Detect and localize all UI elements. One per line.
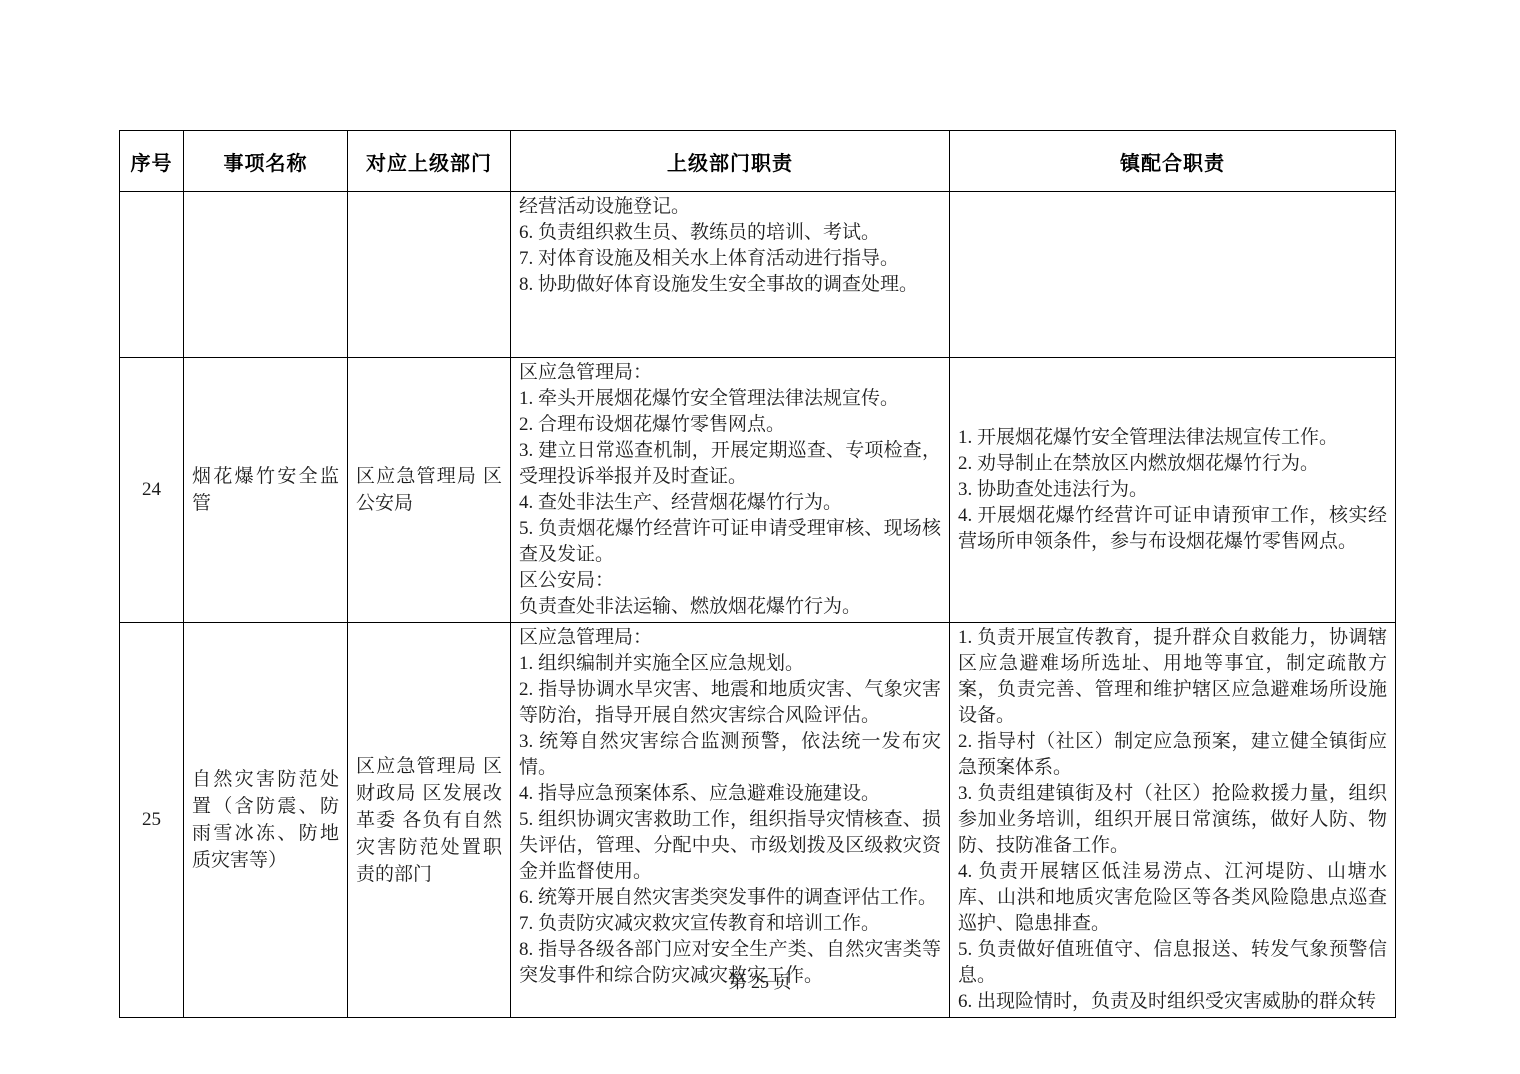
cell-item-name	[184, 192, 348, 358]
cell-town-duties: 1. 负责开展宣传教育，提升群众自救能力，协调辖区应急避难场所选址、用地等事宜，…	[950, 623, 1396, 1018]
header-superior-department: 对应上级部门	[348, 131, 511, 192]
duty-paragraph: 5. 负责烟花爆竹经营许可证申请受理审核、现场核查及发证。	[519, 516, 941, 568]
document-page: 序号 事项名称 对应上级部门 上级部门职责 镇配合职责 经营活动设施登记。6. …	[0, 0, 1520, 1074]
cell-seq: 25	[120, 623, 184, 1018]
cell-superior-duties: 区应急管理局：1. 组织编制并实施全区应急规划。2. 指导协调水旱灾害、地震和地…	[511, 623, 950, 1018]
cell-town-duties: 1. 开展烟花爆竹安全管理法律法规宣传工作。2. 劝导制止在禁放区内燃放烟花爆竹…	[950, 358, 1396, 623]
header-item-name: 事项名称	[184, 131, 348, 192]
duty-paragraph: 1. 组织编制并实施全区应急规划。	[519, 651, 941, 677]
header-town-duties: 镇配合职责	[950, 131, 1396, 192]
duty-paragraph: 8. 协助做好体育设施发生安全事故的调查处理。	[519, 272, 941, 298]
duty-paragraph: 区应急管理局：	[519, 360, 941, 386]
duty-paragraph: 区公安局：	[519, 568, 941, 594]
header-superior-duties: 上级部门职责	[511, 131, 950, 192]
duty-paragraph: 经营活动设施登记。	[519, 194, 941, 220]
duty-paragraph: 区应急管理局：	[519, 625, 941, 651]
duty-paragraph: 5. 组织协调灾害救助工作，组织指导灾情核查、损失评估，管理、分配中央、市级划拨…	[519, 807, 941, 885]
duty-paragraph: 4. 查处非法生产、经营烟花爆竹行为。	[519, 490, 941, 516]
table-row-24: 24 烟花爆竹安全监管 区应急管理局 区公安局 区应急管理局：1. 牵头开展烟花…	[120, 358, 1396, 623]
cell-superior-duties: 区应急管理局：1. 牵头开展烟花爆竹安全管理法律法规宣传。2. 合理布设烟花爆竹…	[511, 358, 950, 623]
duty-paragraph: 7. 负责防灾减灾救灾宣传教育和培训工作。	[519, 911, 941, 937]
cell-town-duties	[950, 192, 1396, 358]
duty-paragraph: 1. 负责开展宣传教育，提升群众自救能力，协调辖区应急避难场所选址、用地等事宜，…	[958, 625, 1387, 729]
cell-superior-duties: 经营活动设施登记。6. 负责组织救生员、教练员的培训、考试。7. 对体育设施及相…	[511, 192, 950, 358]
duty-paragraph: 2. 指导协调水旱灾害、地震和地质灾害、气象灾害等防治，指导开展自然灾害综合风险…	[519, 677, 941, 729]
cell-item-name: 自然灾害防范处置（含防震、防雨雪冰冻、防地质灾害等）	[184, 623, 348, 1018]
duty-paragraph: 4. 负责开展辖区低洼易涝点、江河堤防、山塘水库、山洪和地质灾害危险区等各类风险…	[958, 859, 1387, 937]
duty-paragraph: 7. 对体育设施及相关水上体育活动进行指导。	[519, 246, 941, 272]
duty-paragraph: 4. 指导应急预案体系、应急避难设施建设。	[519, 781, 941, 807]
duty-paragraph: 3. 负责组建镇街及村（社区）抢险救援力量，组织参加业务培训，组织开展日常演练，…	[958, 781, 1387, 859]
duty-paragraph: 6. 负责组织救生员、教练员的培训、考试。	[519, 220, 941, 246]
duty-paragraph: 4. 开展烟花爆竹经营许可证申请预审工作，核实经营场所申领条件，参与布设烟花爆竹…	[958, 503, 1387, 555]
duty-paragraph: 2. 劝导制止在禁放区内燃放烟花爆竹行为。	[958, 451, 1387, 477]
cell-departments: 区应急管理局 区公安局	[348, 358, 511, 623]
table-row-25: 25 自然灾害防范处置（含防震、防雨雪冰冻、防地质灾害等） 区应急管理局 区财政…	[120, 623, 1396, 1018]
duty-paragraph: 6. 统筹开展自然灾害类突发事件的调查评估工作。	[519, 885, 941, 911]
table-header-row: 序号 事项名称 对应上级部门 上级部门职责 镇配合职责	[120, 131, 1396, 192]
duty-paragraph: 3. 协助查处违法行为。	[958, 477, 1387, 503]
page-number: 第 25 页	[0, 968, 1520, 994]
duty-paragraph: 2. 合理布设烟花爆竹零售网点。	[519, 412, 941, 438]
duty-paragraph: 1. 牵头开展烟花爆竹安全管理法律法规宣传。	[519, 386, 941, 412]
header-seq: 序号	[120, 131, 184, 192]
cell-item-name: 烟花爆竹安全监管	[184, 358, 348, 623]
duty-paragraph: 3. 统筹自然灾害综合监测预警，依法统一发布灾情。	[519, 729, 941, 781]
duty-table: 序号 事项名称 对应上级部门 上级部门职责 镇配合职责 经营活动设施登记。6. …	[119, 130, 1396, 1018]
duty-paragraph: 负责查处非法运输、燃放烟花爆竹行为。	[519, 594, 941, 620]
cell-seq	[120, 192, 184, 358]
duty-paragraph: 3. 建立日常巡查机制，开展定期巡查、专项检查，受理投诉举报并及时查证。	[519, 438, 941, 490]
table-row-continuation: 经营活动设施登记。6. 负责组织救生员、教练员的培训、考试。7. 对体育设施及相…	[120, 192, 1396, 358]
cell-departments: 区应急管理局 区财政局 区发展改革委 各负有自然灾害防范处置职责的部门	[348, 623, 511, 1018]
cell-departments	[348, 192, 511, 358]
duty-paragraph: 2. 指导村（社区）制定应急预案，建立健全镇街应急预案体系。	[958, 729, 1387, 781]
duty-paragraph: 1. 开展烟花爆竹安全管理法律法规宣传工作。	[958, 425, 1387, 451]
cell-seq: 24	[120, 358, 184, 623]
